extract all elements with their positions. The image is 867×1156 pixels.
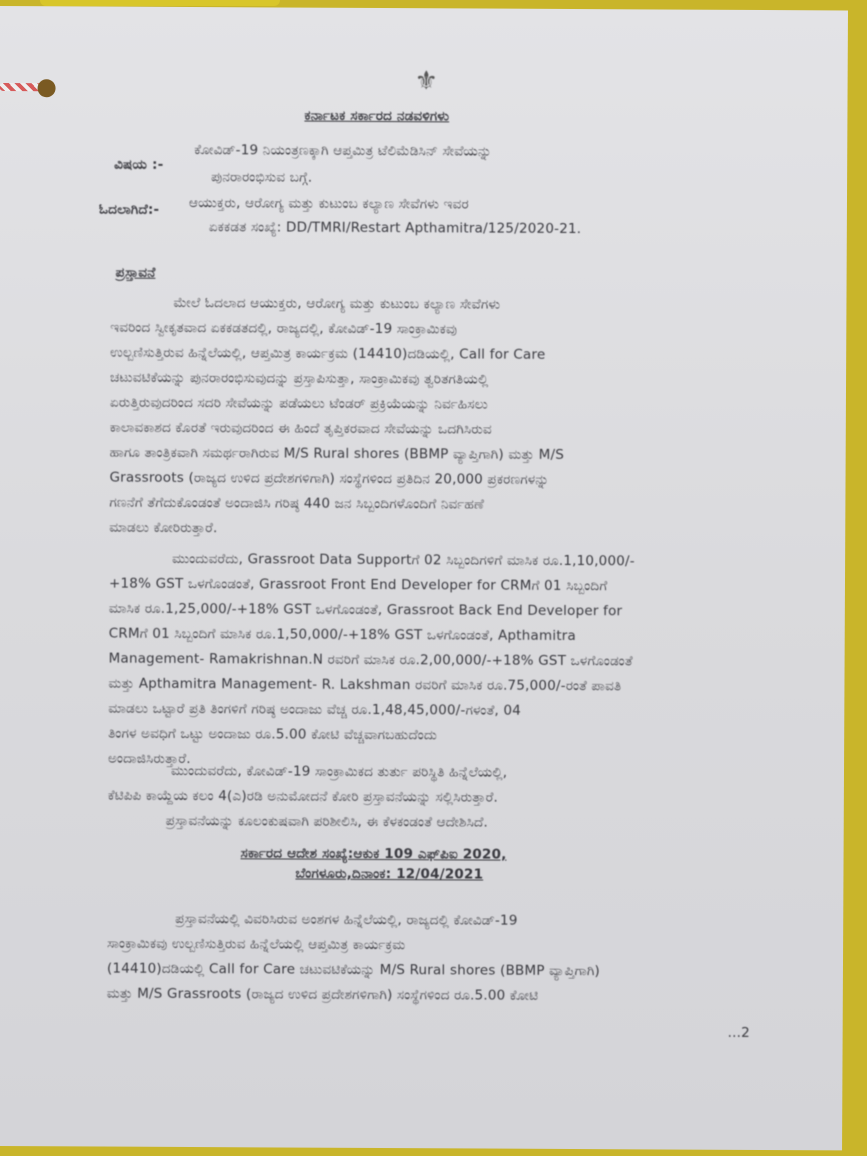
text-line: ಚಟುವಟಿಕೆಯನ್ನು ಪುನರಾರಂಭಿಸುವುದನ್ನು ಪ್ರಸ್ತಾ… <box>110 370 488 388</box>
text-line: ಏರುತ್ತಿರುವುದರಿಂದ ಸದರಿ ಸೇವೆಯನ್ನು ಪಡೆಯಲು ಟ… <box>110 395 488 413</box>
text-line: +18% GST ಒಳಗೊಂಡಂತೆ, Grassroot Front End … <box>109 576 607 595</box>
preamble-heading: ಪ್ರಸ್ತಾವನೆ <box>116 265 156 281</box>
subject-line: ಕೋವಿಡ್-19 ನಿಯಂತ್ರಣಕ್ಕಾಗಿ ಆಪ್ತಮಿತ್ರ ಟೆಲಿಮ… <box>194 142 492 160</box>
text-line: (14410)ದಡಿಯಲ್ಲಿ Call for Care ಚಟುವಟಿಕೆಯನ… <box>107 961 600 980</box>
text-line: ಉಲ್ಬಣಿಸುತ್ತಿರುವ ಹಿನ್ನೆಲೆಯಲ್ಲಿ, ಆಪ್ತಮಿತ್ರ… <box>110 345 545 363</box>
text-line: ಪ್ರಸ್ತಾವನೆಯಲ್ಲಿ ವಿವರಿಸಿರುವ ಅಂಶಗಳ ಹಿನ್ನೆಲ… <box>175 911 517 929</box>
text-line: Grassroots (ರಾಜ್ಯದ ಉಳಿದ ಪ್ರದೇಶಗಳಿಗಾಗಿ) ಸ… <box>109 470 549 488</box>
reference-line: ಆಯುಕ್ತರು, ಆರೋಗ್ಯ ಮತ್ತು ಕುಟುಂಬ ಕಲ್ಯಾಣ ಸೇವ… <box>189 195 469 212</box>
reference-label: ಓದಲಾಗಿದೆ:- <box>99 202 159 218</box>
paragraph-5: ಪ್ರಸ್ತಾವನೆಯಲ್ಲಿ ವಿವರಿಸಿರುವ ಅಂಶಗಳ ಹಿನ್ನೆಲ… <box>0 6 848 10</box>
reference-line: ಏಕಕಡತ ಸಂಖ್ಯೆ: DD/TMRI/Restart Apthamitra… <box>209 219 581 237</box>
document-heading: ಕರ್ನಾಟಕ ಸರ್ಕಾರದ ನಡವಳಿಗಳು <box>304 108 449 125</box>
text-line: ಮತ್ತು M/S Grassroots (ರಾಜ್ಯದ ಉಳಿದ ಪ್ರದೇಶ… <box>107 986 538 1004</box>
text-line: CRMಗೆ 01 ಸಿಬ್ಬಂದಿಗೆ ಮಾಸಿಕ ರೂ.1,50,000/-+… <box>109 626 576 644</box>
text-line: ಮೇಲೆ ಓದಲಾದ ಆಯುಕ್ತರು, ಆರೋಗ್ಯ ಮತ್ತು ಕುಟುಂಬ… <box>173 295 500 313</box>
document-body: ⚜ ಕರ್ನಾಟಕ ಸರ್ಕಾರದ ನಡವಳಿಗಳು ವಿಷಯ :- ಕೋವಿಡ… <box>0 6 848 10</box>
paragraph-1: ಮೇಲೆ ಓದಲಾದ ಆಯುಕ್ತರು, ಆರೋಗ್ಯ ಮತ್ತು ಕುಟುಂಬ… <box>0 6 848 10</box>
subject-line: ಪುನರಾರಂಭಿಸುವ ಬಗ್ಗೆ. <box>211 169 312 186</box>
paragraph-3: ಮುಂದುವರೆದು, ಕೋವಿಡ್-19 ಸಾಂಕ್ರಾಮಿಕದ ತುರ್ತು… <box>0 6 848 10</box>
document-page: ⚜ ಕರ್ನಾಟಕ ಸರ್ಕಾರದ ನಡವಳಿಗಳು ವಿಷಯ :- ಕೋವಿಡ… <box>0 6 848 1150</box>
page-continuation: ...2 <box>728 1025 750 1041</box>
text-line: ಮುಂದುವರೆದು, ಕೋವಿಡ್-19 ಸಾಂಕ್ರಾಮಿಕದ ತುರ್ತು… <box>171 763 507 781</box>
text-line: ಮಾಡಲು ಕೋರಿರುತ್ತಾರೆ. <box>109 520 217 537</box>
text-line: ಮಾಡಲು ಒಟ್ಟಾರೆ ಪ್ರತಿ ತಿಂಗಳಿಗೆ ಗರಿಷ್ಠ ಅಂದಾ… <box>108 701 521 719</box>
text-line: ಸಾಂಕ್ರಾಮಿಕವು ಉಲ್ಬಣಿಸುತ್ತಿರುವ ಹಿನ್ನೆಲೆಯಲ್… <box>107 936 405 954</box>
text-line: ಇವರಿಂದ ಸ್ವೀಕೃತವಾದ ಏಕಕಡತದಲ್ಲಿ, ರಾಜ್ಯದಲ್ಲಿ… <box>110 320 457 338</box>
text-line: ಕೆಟಿಪಿಪಿ ಕಾಯ್ದೆಯ ಕಲಂ 4(ಎ)ರಡಿ ಅನುಮೋದನೆ ಕೋ… <box>108 788 498 806</box>
background-yellow-surface <box>40 0 280 6</box>
text-line: ಕಾಲಾವಕಾಶದ ಕೊರತೆ ಇರುವುದರಿಂದ ಈ ಹಿಂದೆ ತೃಪ್ತ… <box>110 420 492 438</box>
paragraph-2: ಮುಂದುವರೆದು, Grassroot Data Supportಗೆ 02 … <box>0 6 848 10</box>
paragraph-4: ಪ್ರಸ್ತಾವನೆಯನ್ನು ಕೂಲಂಕುಷವಾಗಿ ಪರಿಶೀಲಿಸಿ, ಈ… <box>166 813 488 831</box>
emblem-icon: ⚜ <box>415 66 438 96</box>
text-line: ಮುಂದುವರೆದು, Grassroot Data Supportಗೆ 02 … <box>172 551 635 569</box>
order-number: ಸರ್ಕಾರದ ಆದೇಶ ಸಂಖ್ಯೆ:ಆಕುಕ 109 ಎಫ್‌ಪಿಐ 202… <box>241 845 507 862</box>
text-line: ಮಾಸಿಕ ರೂ.1,25,000/-+18% GST ಒಳಗೊಂಡಂತೆ, G… <box>109 601 622 620</box>
subject-label: ವಿಷಯ :- <box>114 157 163 173</box>
text-line: Management- Ramakrishnan.N ರವರಿಗೆ ಮಾಸಿಕ … <box>109 651 633 670</box>
text-line: ತಿಂಗಳ ಅವಧಿಗೆ ಒಟ್ಟು ಅಂದಾಜು ರೂ.5.00 ಕೋಟಿ ವ… <box>108 726 437 744</box>
tag-knot <box>38 79 56 97</box>
text-line: ಗಣನೆಗೆ ತೆಗೆದುಕೊಂಡಂತೆ ಅಂದಾಜಿಸಿ ಗರಿಷ್ಠ 440… <box>109 495 484 513</box>
order-place-date: ಬೆಂಗಳೂರು,ದಿನಾಂಕ: 12/04/2021 <box>295 866 483 883</box>
text-line: ಹಾಗೂ ತಾಂತ್ರಿಕವಾಗಿ ಸಮರ್ಥರಾಗಿರುವ M/S Rural… <box>110 445 564 463</box>
text-line: ಮತ್ತು Apthamitra Management- R. Lakshman… <box>108 676 621 695</box>
